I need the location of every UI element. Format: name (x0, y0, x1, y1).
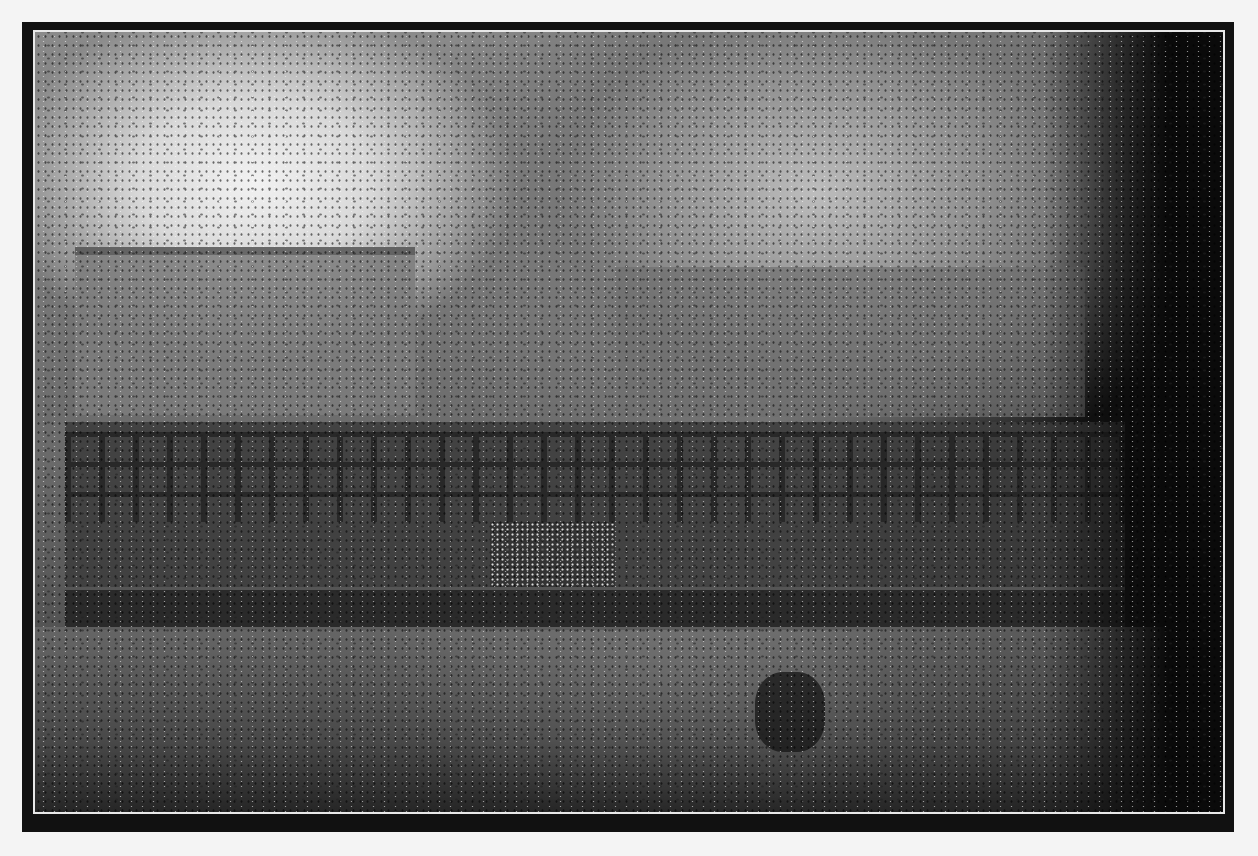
photograph (33, 30, 1225, 814)
plate-damage-texture (35, 32, 1223, 812)
